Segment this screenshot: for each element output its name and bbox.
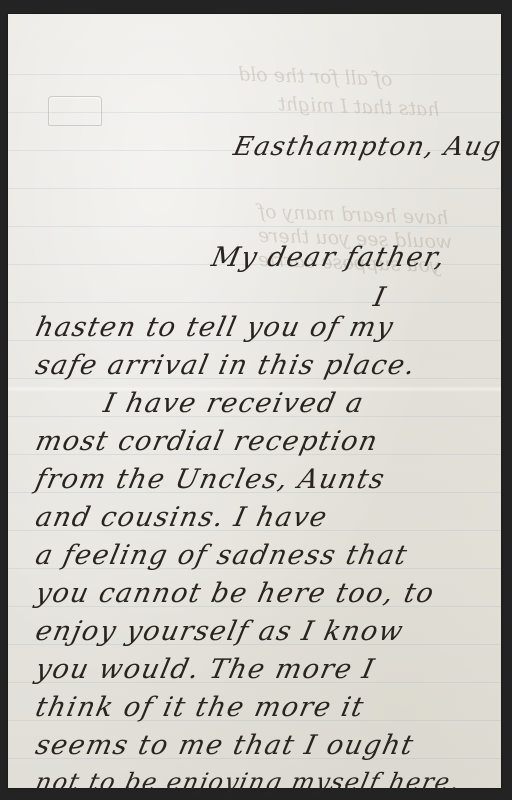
letter-line: not to be enjoying myself here, <box>33 768 463 796</box>
letter-line: think of it the more it <box>33 692 368 723</box>
salutation: My dear father, <box>209 242 449 273</box>
letter-line: safe arrival in this place. <box>33 350 419 381</box>
letter-line: I have received a <box>101 388 367 419</box>
letter-line: most cordial reception <box>33 426 382 457</box>
bleed-through-text: hats that I might <box>278 93 440 121</box>
letter-line: and cousins. I have <box>33 502 331 533</box>
ruled-line <box>8 188 501 189</box>
letter-page: of all for the old hats that I might hav… <box>8 14 501 788</box>
letter-line: you cannot be here too, to <box>33 578 438 609</box>
embossed-stamp <box>48 96 102 126</box>
ruled-line <box>8 302 501 303</box>
bleed-through-text: of all for the old <box>238 63 393 90</box>
letter-line: you would. The more I <box>33 654 378 685</box>
letter-line: enjoy yourself as I know <box>33 616 407 647</box>
letter-line: I <box>371 282 390 313</box>
letter-line: hasten to tell you of my <box>33 312 397 343</box>
letter-line: a feeling of sadness that <box>33 540 411 571</box>
letter-line: seems to me that I ought <box>33 730 417 761</box>
letter-line: from the Uncles, Aunts <box>33 464 389 495</box>
place-date-heading: Easthampton, Aug 23 <box>231 132 512 162</box>
